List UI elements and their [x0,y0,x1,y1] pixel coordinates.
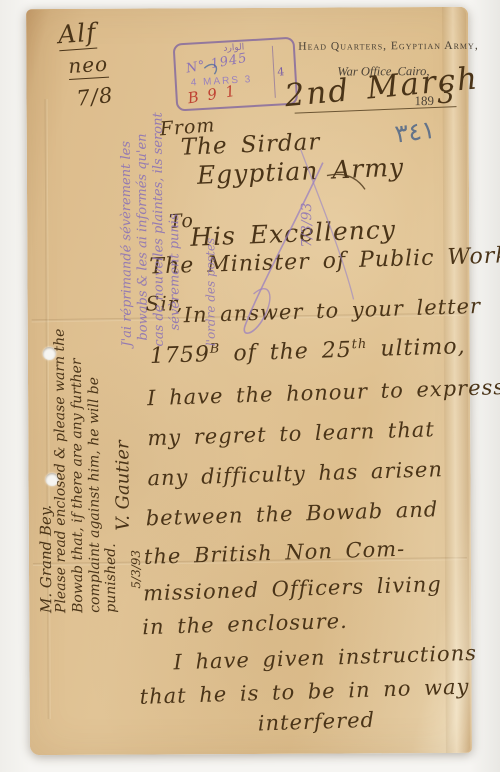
scan-background: Alf neo 7/8 الوارد N° 1945 4 MARS 3 B 9 … [0,0,500,772]
letterhead-org: Head Quarters, Egyptian Army, [298,40,458,53]
body-line-ref: 1759B of the 25th ultimo, [150,334,466,369]
to-line1: His Excellency [190,215,397,252]
corner-note-line2: neo [68,52,109,80]
margin-note-line: complaint against him, he will be [86,377,103,613]
margin-note-line: punished. [103,543,119,612]
vertical-fold-crease [45,99,51,719]
margin-note-signature: V. Gautier [112,440,133,530]
body-line: that he is to be in no way [139,675,469,709]
corner-note-line3: 7/8 [75,83,114,111]
body-line: I have given instructions [173,641,477,675]
body-line: between the Bowab and [145,497,438,530]
margin-note-line: Please read enclosed & please warn the [52,329,69,614]
ref-b: of the 25 [220,338,352,367]
body-line: my regret to learn that [147,417,435,450]
ref-c: ultimo, [367,334,466,362]
corner-note-line1: Alf [57,18,98,52]
violet-note-date: 7/3/93 [299,203,315,248]
registry-stamp: الوارد N° 1945 4 MARS 3 B 9 1 4 [173,37,299,112]
body-line: In answer to your letter [183,294,481,327]
arabic-folio-number: ٣٤١ [393,115,437,149]
body-line: any difficulty has arisen [147,457,443,490]
violet-note-line: sévèrement punis [167,213,183,330]
violet-note-line: bowabs & les ai informés qu'en [135,133,151,340]
body-line: in the enclosure. [142,609,348,639]
violet-note-line: cas de nouvelles plaintes, ils seront [151,112,167,346]
body-line: interfered [257,708,375,736]
violet-note-extra: l'ordre des postes [203,238,218,346]
margin-note-line: Bowab that, if there are any further [69,358,86,613]
letter-paper: Alf neo 7/8 الوارد N° 1945 4 MARS 3 B 9 … [26,7,472,755]
violet-note-line: J'ai réprimandé sévèrement les [119,141,135,347]
ref-sup2: th [351,337,367,352]
body-line: missioned Officers living [143,572,442,605]
margin-note-date: 5/3/93 [129,550,143,589]
body-line: the British Non Com- [144,537,406,569]
